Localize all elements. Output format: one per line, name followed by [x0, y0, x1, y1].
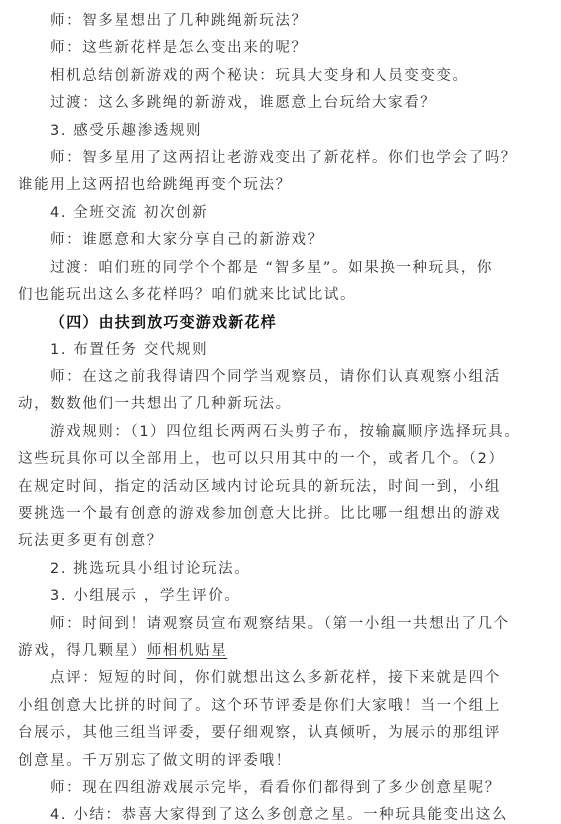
- paragraph-teacher-share: 师：谁愿意和大家分享自己的新游戏？: [18, 227, 520, 254]
- paragraph-teacher-question-1: 师：智多星想出了几种跳绳新玩法？: [18, 8, 520, 35]
- paragraph-summary-4: 4. 小结：恭喜大家得到了这么多创意之星。一种玩具能变出这么: [18, 802, 520, 824]
- subheading-3-group-show: 3. 小组展示 ，学生评价。: [18, 583, 520, 610]
- section-heading-4: （四）由扶到放巧变游戏新花样: [18, 309, 520, 336]
- paragraph-transition-2-line1: 过渡：咱们班的同学个个都是 “智多星”。如果换一种玩具，你: [18, 255, 520, 282]
- subheading-3-feel-fun: 3. 感受乐趣渗透规则: [18, 118, 520, 145]
- paragraph-time-up-line1: 师：时间到！请观察员宣布观察结果。（第一小组一共想出了几个: [18, 611, 520, 638]
- paragraph-transition-2-line2: 们也能玩出这么多花样吗？咱们就来比试比试。: [18, 282, 520, 309]
- paragraph-observers-line2: 动，数数他们一共想出了几种新玩法。: [18, 391, 520, 418]
- paragraph-summary-secrets: 相机总结创新游戏的两个秘诀：玩具大变身和人员变变变。: [18, 63, 520, 90]
- paragraph-teacher-two-tricks-line2: 谁能用上这两招也给跳绳再变个玩法？: [18, 172, 520, 199]
- time-up-line2-text: 游戏，得几颗星）: [18, 643, 147, 659]
- subheading-1-assign-task: 1. 布置任务 交代规则: [18, 337, 520, 364]
- subheading-4-class-exchange: 4. 全班交流 初次创新: [18, 200, 520, 227]
- paragraph-comment-line2: 小组创意大比拼的时间了。这个环节评委是你们大家哦！当一个组上: [18, 693, 520, 720]
- paragraph-teacher-results: 师：现在四组游戏展示完毕，看看你们都得到了多少创意星呢？: [18, 775, 520, 802]
- paragraph-teacher-two-tricks-line1: 师：智多星用了这两招让老游戏变出了新花样。你们也学会了吗？: [18, 145, 520, 172]
- paragraph-game-rules-line4: 要挑选一个最有创意的游戏参加创意大比拼。比比哪一组想出的游戏: [18, 501, 520, 528]
- paragraph-game-rules-line3: 在规定时间，指定的活动区域内讨论玩具的新玩法，时间一到，小组: [18, 474, 520, 501]
- subheading-2-pick-toys: 2. 挑选玩具小组讨论玩法。: [18, 556, 520, 583]
- underlined-note: 师相机贴星: [147, 643, 228, 659]
- paragraph-game-rules-line2: 这些玩具你可以全部用上，也可以只用其中的一个，或者几个。（2）: [18, 446, 520, 473]
- paragraph-teacher-question-2: 师：这些新花样是怎么变出来的呢？: [18, 35, 520, 62]
- paragraph-comment-line4: 创意星。千万别忘了做文明的评委哦！: [18, 748, 520, 775]
- paragraph-time-up-line2: 游戏，得几颗星）师相机贴星: [18, 638, 520, 665]
- document-page: 师：智多星想出了几种跳绳新玩法？ 师：这些新花样是怎么变出来的呢？ 相机总结创新…: [18, 8, 520, 824]
- paragraph-game-rules-line5: 玩法更多更有创意？: [18, 528, 520, 555]
- paragraph-game-rules-line1: 游戏规则：（1）四位组长两两石头剪子布，按输赢顺序选择玩具。: [18, 419, 520, 446]
- paragraph-observers-line1: 师：在这之前我得请四个同学当观察员，请你们认真观察小组活: [18, 364, 520, 391]
- paragraph-transition-1: 过渡：这么多跳绳的新游戏，谁愿意上台玩给大家看？: [18, 90, 520, 117]
- paragraph-comment-line1: 点评：短短的时间，你们就想出这么多新花样，接下来就是四个: [18, 665, 520, 692]
- paragraph-comment-line3: 台展示，其他三组当评委，要仔细观察，认真倾听，为展示的那组评: [18, 720, 520, 747]
